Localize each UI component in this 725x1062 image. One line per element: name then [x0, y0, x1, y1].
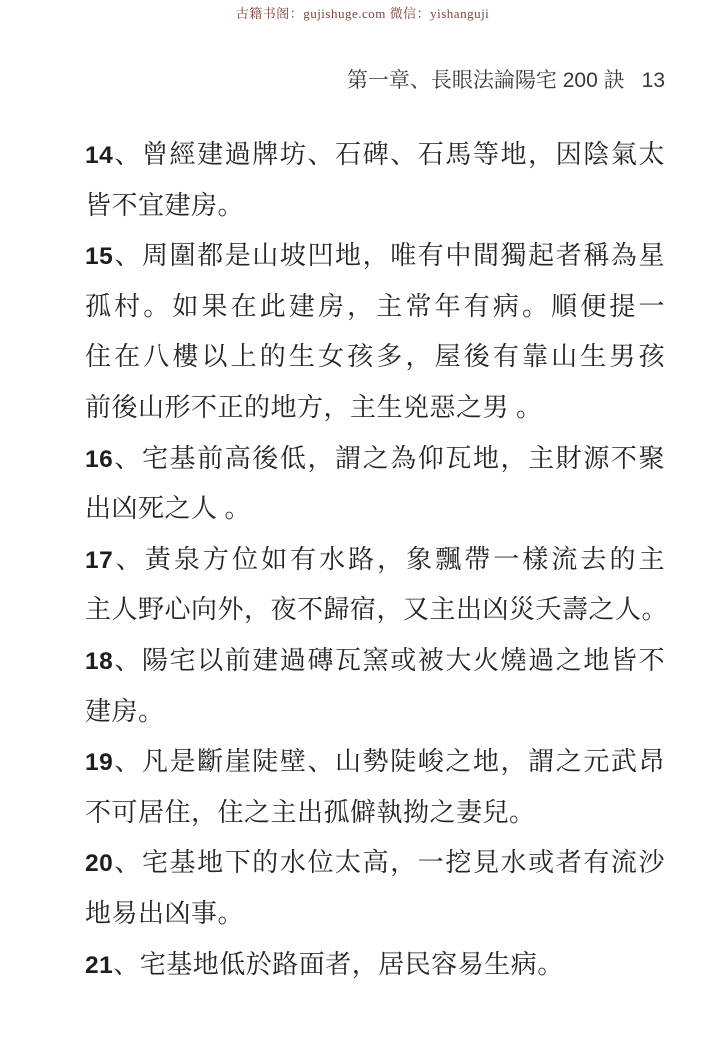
chapter-title: 第一章、長眼法論陽宅 200 訣	[347, 69, 625, 92]
text-item-16: 16、宅基前高後低，謂之為仰瓦地，主財源不聚且出凶死之人 。	[85, 434, 665, 535]
text-item-20: 20、宅基地下的水位太高，一挖見水或者有流沙之地易出凶事。	[85, 838, 665, 939]
text-line: 地易出凶事。	[85, 889, 665, 940]
text-item-14: 14、曾經建過牌坊、石碑、石馬等地，因陰氣太重皆不宜建房。	[85, 130, 665, 231]
item-number: 17	[85, 547, 113, 574]
text-line: 出凶死之人 。	[85, 484, 665, 535]
text-line: 住在八樓以上的生女孩多，屋後有靠山生男孩多，	[85, 332, 665, 383]
watermark: 古籍书阁：gujishuge.com 微信：yishanguji	[0, 3, 725, 22]
book-page: 古籍书阁：gujishuge.com 微信：yishanguji 第一章、長眼法…	[0, 0, 725, 1062]
item-number: 15	[85, 243, 113, 270]
item-number: 20	[85, 850, 113, 877]
page-number: 13	[642, 69, 665, 92]
text-line: 21、宅基地低於路面者，居民容易生病。	[85, 940, 665, 991]
text-line: 19、凡是斷崖陡壁、山勢陡峻之地，謂之元武昂頭	[85, 737, 665, 788]
text-line: 14、曾經建過牌坊、石碑、石馬等地，因陰氣太重	[85, 130, 665, 181]
text-line: 建房。	[85, 687, 665, 738]
text-line: 不可居住，住之主出孤僻執拗之妻兒。	[85, 788, 665, 839]
text-item-15: 15、周圍都是山坡凹地，唯有中間獨起者稱為星落孤村。如果在此建房，主常年有病。順…	[85, 231, 665, 433]
text-item-17: 17、黃泉方位如有水路，象飄帶一樣流去的主凶，主人野心向外，夜不歸宿，又主出凶災…	[85, 535, 665, 636]
text-line: 皆不宜建房。	[85, 181, 665, 232]
text-item-18: 18、陽宅以前建過磚瓦窯或被大火燒過之地皆不宜建房。	[85, 636, 665, 737]
page-header: 第一章、長眼法論陽宅 200 訣13	[347, 64, 665, 94]
text-item-19: 19、凡是斷崖陡壁、山勢陡峻之地，謂之元武昂頭不可居住，住之主出孤僻執拗之妻兒。	[85, 737, 665, 838]
text-line: 孤村。如果在此建房，主常年有病。順便提一下，	[85, 282, 665, 333]
body-text: 14、曾經建過牌坊、石碑、石馬等地，因陰氣太重皆不宜建房。15、周圍都是山坡凹地…	[85, 130, 665, 990]
item-number: 14	[85, 142, 113, 169]
text-line: 前後山形不正的地方，主生兇惡之男 。	[85, 383, 665, 434]
text-line: 主人野心向外，夜不歸宿，又主出凶災夭壽之人。	[85, 585, 665, 636]
text-line: 17、黃泉方位如有水路，象飄帶一樣流去的主凶，	[85, 535, 665, 586]
item-number: 21	[85, 952, 113, 979]
text-line: 15、周圍都是山坡凹地，唯有中間獨起者稱為星落	[85, 231, 665, 282]
text-line: 18、陽宅以前建過磚瓦窯或被大火燒過之地皆不宜	[85, 636, 665, 687]
item-number: 18	[85, 648, 113, 675]
item-number: 16	[85, 446, 113, 473]
text-item-21: 21、宅基地低於路面者，居民容易生病。	[85, 940, 665, 991]
text-line: 20、宅基地下的水位太高，一挖見水或者有流沙之	[85, 838, 665, 889]
text-line: 16、宅基前高後低，謂之為仰瓦地，主財源不聚且	[85, 434, 665, 485]
item-number: 19	[85, 749, 113, 776]
